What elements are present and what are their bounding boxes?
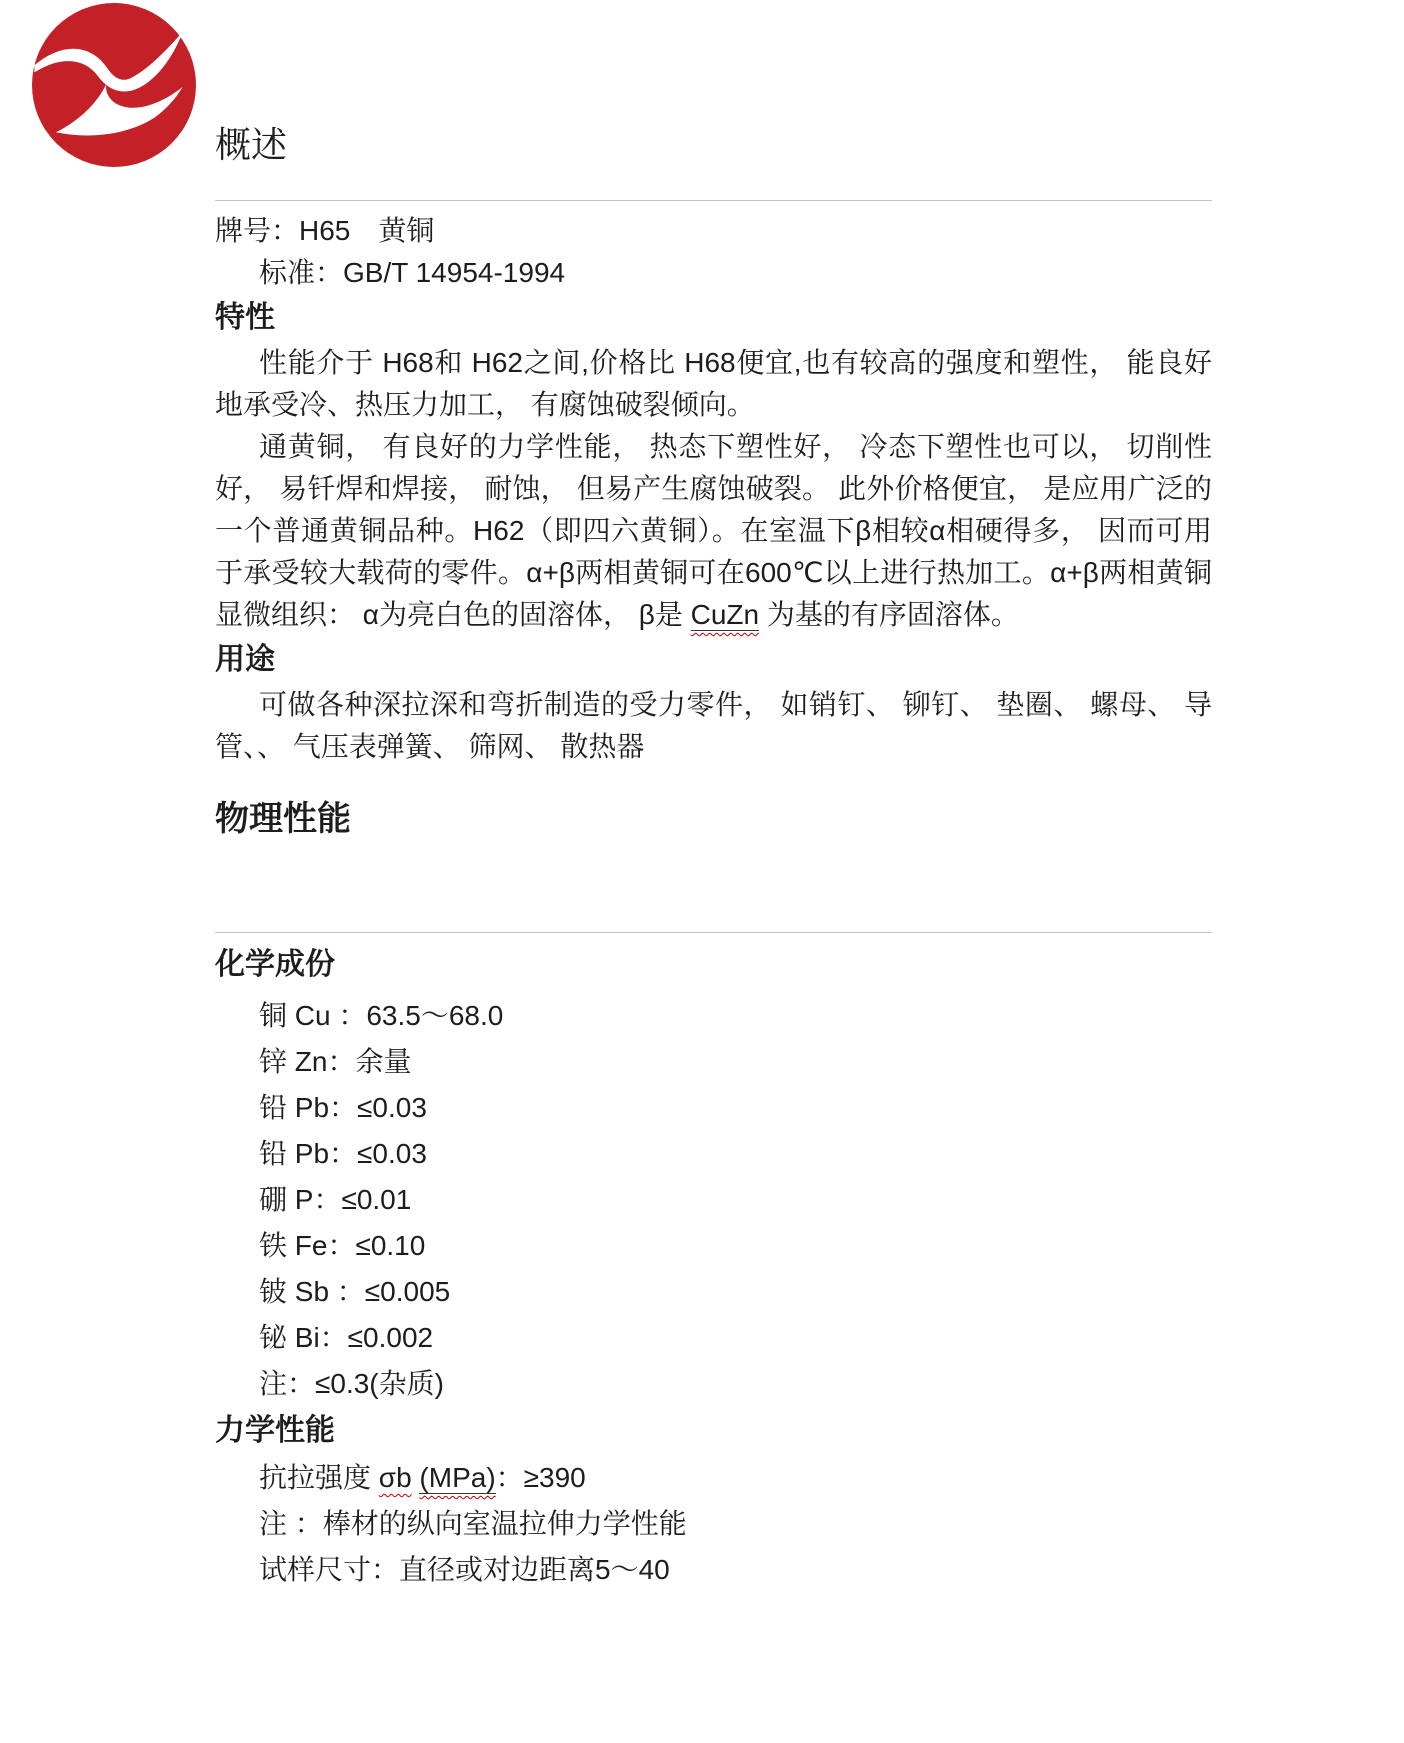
characteristics-paragraph-2: 通黄铜， 有良好的力学性能， 热态下塑性好， 冷态下塑性也可以， 切削性好， 易… xyxy=(215,426,1212,636)
chem-item-bi: 铋 Bi：≤0.002 xyxy=(215,1315,1212,1361)
tensile-label: 抗拉强度 xyxy=(259,1462,379,1493)
tensile-strength-line: 抗拉强度 σb (MPa)：≥390 xyxy=(215,1455,1212,1501)
tensile-value: ：≥390 xyxy=(496,1462,586,1493)
sigma-b-symbol: σb xyxy=(379,1462,412,1493)
logo-swoosh-icon xyxy=(32,3,196,167)
characteristics-paragraph-1: 性能介于 H68和 H62之间,价格比 H68便宜,也有较高的强度和塑性， 能良… xyxy=(215,342,1212,426)
chem-item-p: 硼 P：≤0.01 xyxy=(215,1177,1212,1223)
company-logo xyxy=(32,3,196,167)
chemical-composition-heading: 化学成份 xyxy=(215,941,1212,989)
grade-line: 牌号：H65 黄铜 xyxy=(215,210,1212,252)
chem-item-pb-2: 铅 Pb：≤0.03 xyxy=(215,1131,1212,1177)
specimen-size-line: 试样尺寸：直径或对边距离5～40 xyxy=(215,1547,1212,1593)
chem-item-note: 注：≤0.3(杂质) xyxy=(215,1361,1212,1407)
top-divider xyxy=(215,200,1212,201)
cuzn-term: CuZn xyxy=(691,599,759,631)
page-title: 概述 xyxy=(215,0,1212,168)
mpa-unit: (MPa) xyxy=(419,1462,495,1494)
mechanical-properties-heading: 力学性能 xyxy=(215,1407,1212,1455)
chem-item-fe: 铁 Fe：≤0.10 xyxy=(215,1223,1212,1269)
characteristics-heading: 特性 xyxy=(215,294,1212,342)
characteristics-paragraph-2-tail: 为基的有序固溶体。 xyxy=(759,599,1019,630)
document-page: 概述 牌号：H65 黄铜 标准：GB/T 14954-1994 特性 性能介于 … xyxy=(0,0,1404,1743)
chem-item-zn: 锌 Zn：余量 xyxy=(215,1039,1212,1085)
chemical-composition-list: 铜 Cu ：63.5～68.0 锌 Zn：余量 铅 Pb：≤0.03 铅 Pb：… xyxy=(215,993,1212,1407)
standard-line: 标准：GB/T 14954-1994 xyxy=(215,252,1212,294)
chem-item-cu: 铜 Cu ：63.5～68.0 xyxy=(215,993,1212,1039)
physical-properties-heading: 物理性能 xyxy=(215,792,1212,932)
middle-divider xyxy=(215,932,1212,933)
uses-paragraph: 可做各种深拉深和弯折制造的受力零件， 如销钉、 铆钉、 垫圈、 螺母、 导管、、… xyxy=(215,684,1212,768)
chem-item-sb: 铍 Sb ：≤0.005 xyxy=(215,1269,1212,1315)
mechanical-note-line: 注 ：棒材的纵向室温拉伸力学性能 xyxy=(215,1501,1212,1547)
chem-item-pb-1: 铅 Pb：≤0.03 xyxy=(215,1085,1212,1131)
uses-heading: 用途 xyxy=(215,636,1212,684)
